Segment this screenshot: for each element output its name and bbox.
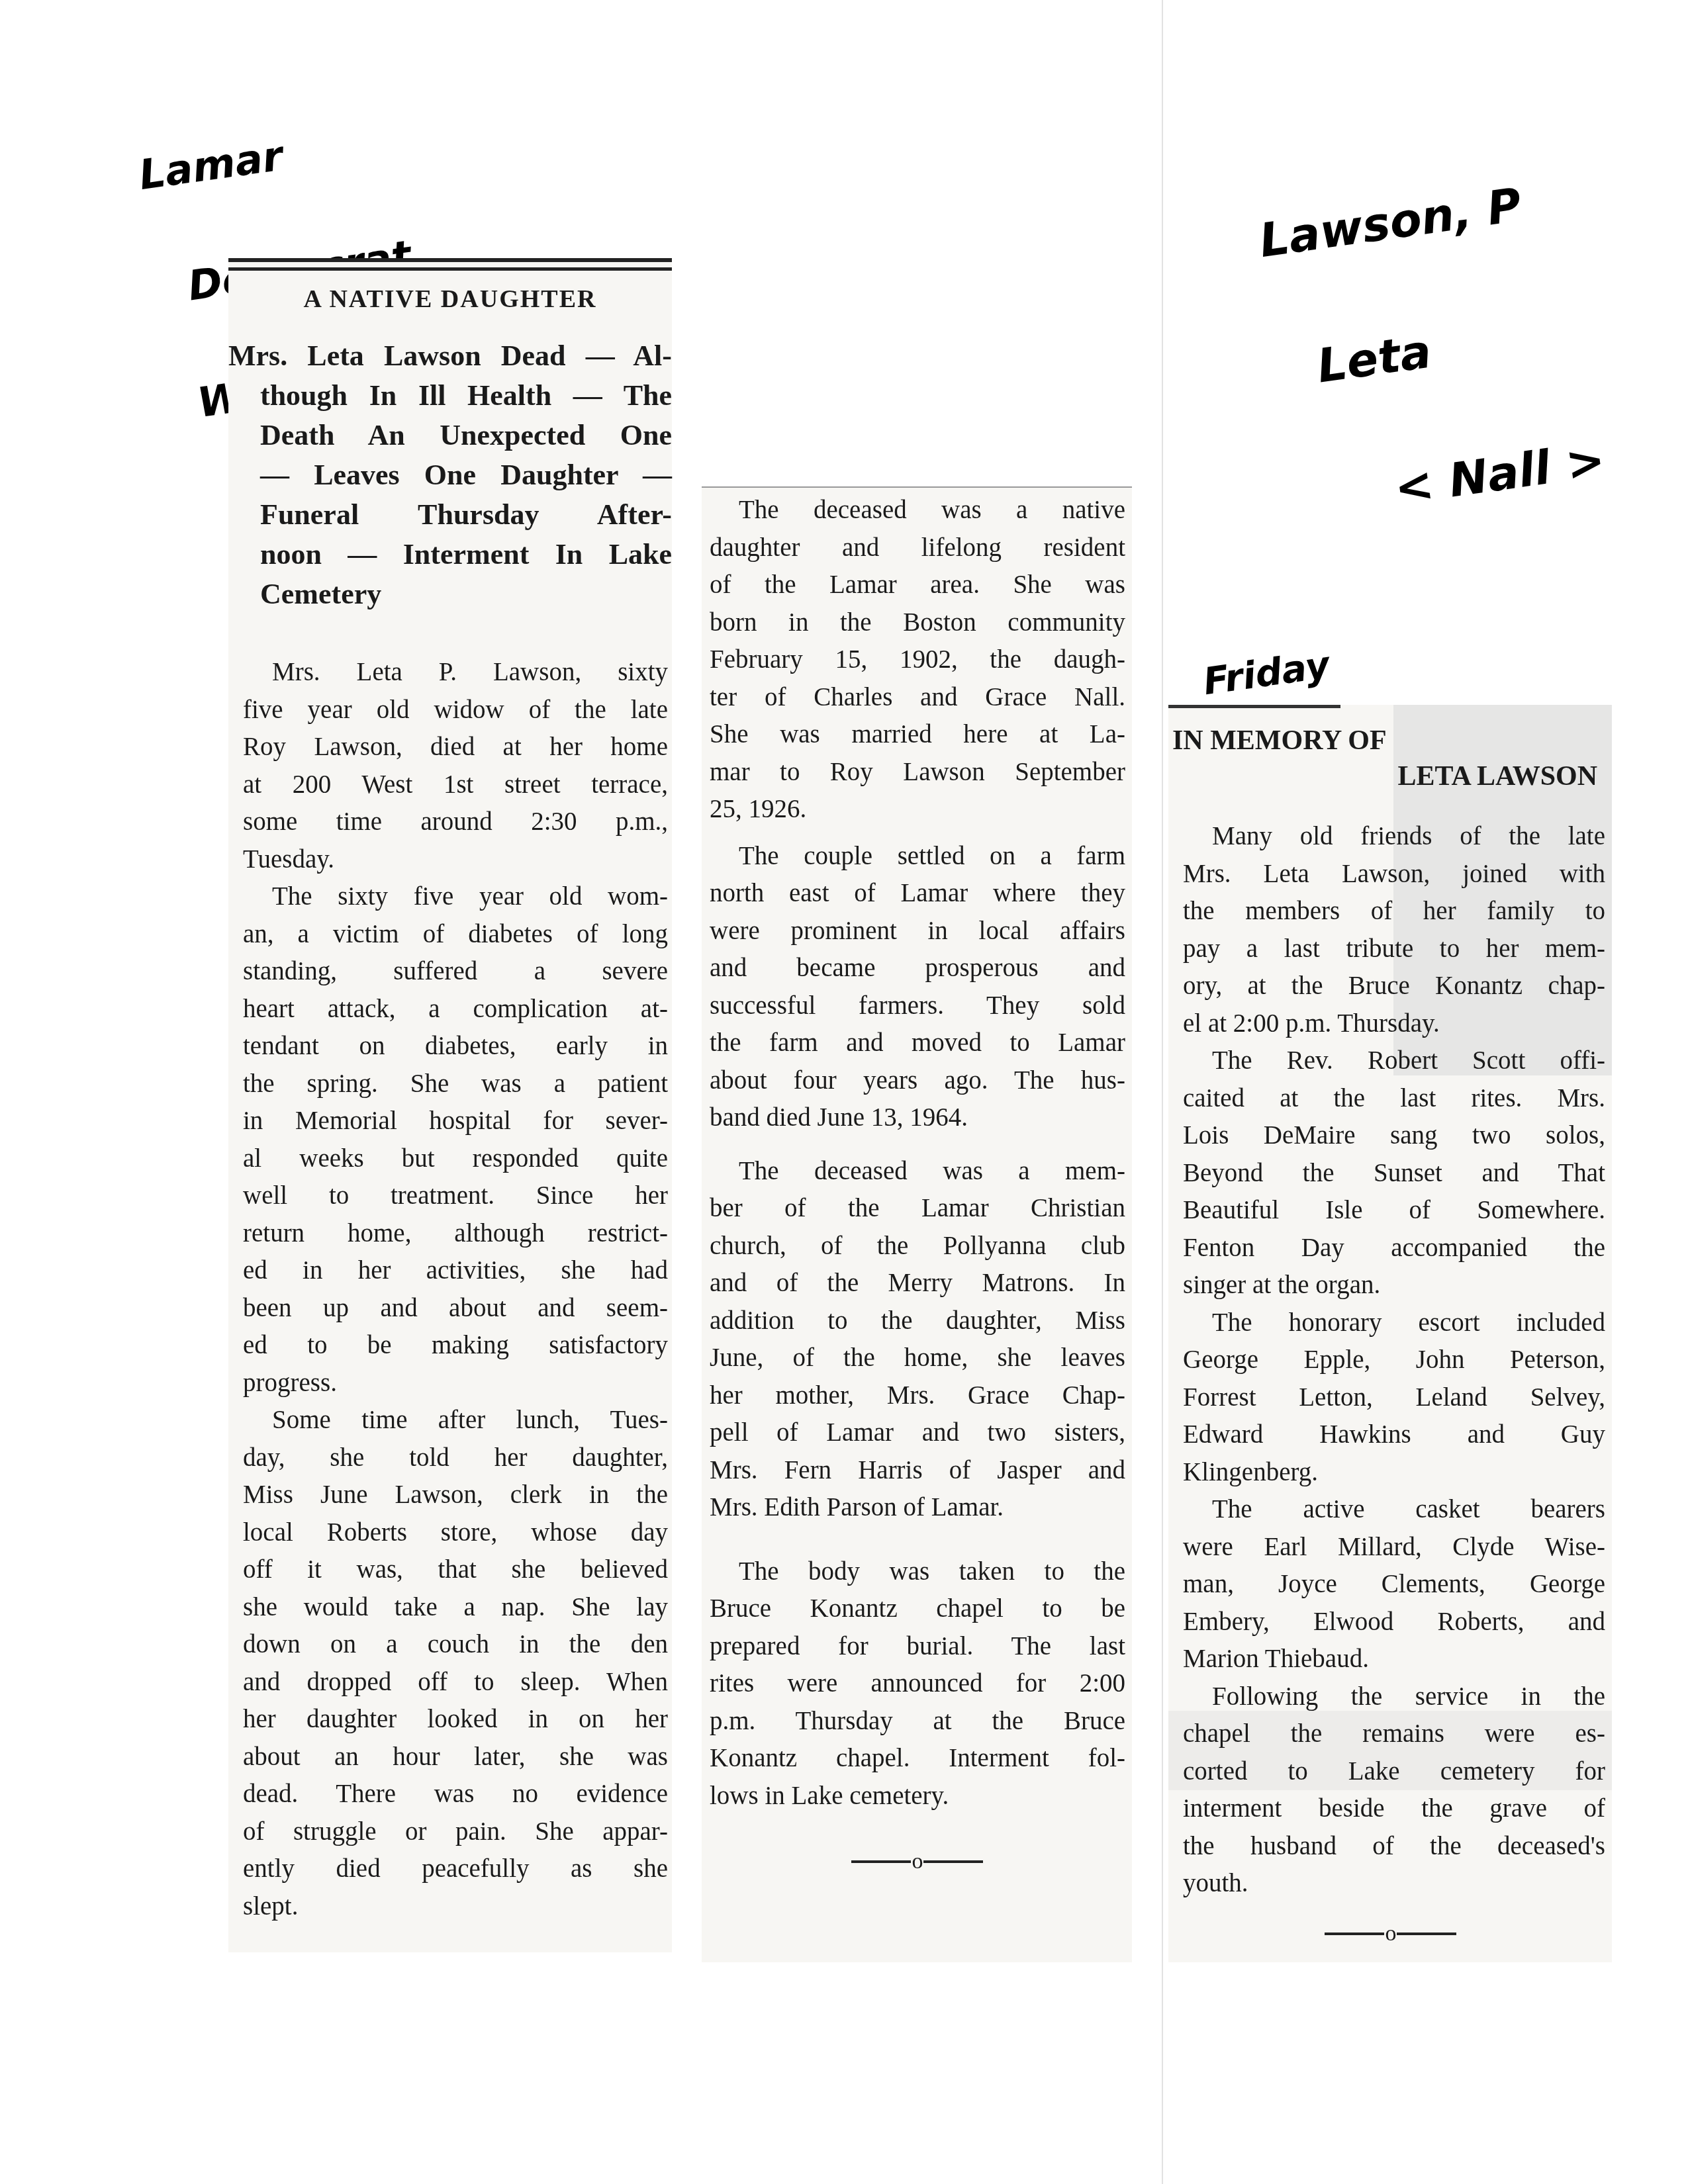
text-line: She was married here at La- (710, 716, 1125, 754)
text-line: June, of the home, she leaves (710, 1340, 1125, 1377)
hand-line: Lawson, P (1257, 176, 1571, 263)
text-line: p.m. Thursday at the Bruce (710, 1703, 1125, 1741)
clipping-in-memory: IN MEMORY OF LETA LAWSON Many old friend… (1168, 705, 1612, 1962)
text-line: youth. (1183, 1865, 1605, 1903)
memorial-headline: IN MEMORY OF LETA LAWSON (1168, 708, 1612, 794)
hand-line: < Nall > (1392, 437, 1608, 510)
text-line: progress. (243, 1365, 668, 1402)
text-line: Klingenberg. (1183, 1454, 1605, 1492)
text-line: interment beside the grave of (1183, 1790, 1605, 1828)
text-line: Forrest Letton, Leland Selvey, (1183, 1379, 1605, 1417)
text-line: singer at the organ. (1183, 1267, 1605, 1304)
text-line: The honorary escort included (1183, 1304, 1605, 1342)
text-line: her mother, Mrs. Grace Chap- (710, 1377, 1125, 1415)
paragraph: The honorary escort included George Eppl… (1183, 1304, 1605, 1492)
text-line: Mrs. Fern Harris of Jasper and (710, 1452, 1125, 1490)
text-line: standing, suffered a severe (243, 953, 668, 991)
text-line: the farm and moved to Lamar (710, 1024, 1125, 1062)
text-line: about four years ago. The hus- (710, 1062, 1125, 1100)
clipping-continuation: The deceased was a native daughter and l… (702, 486, 1132, 1962)
text-line: mar to Roy Lawson September (710, 754, 1125, 792)
text-line: Fenton Day accompanied the (1183, 1230, 1605, 1267)
text-line: she would take a nap. She lay (243, 1589, 668, 1627)
deck-line: Funeral Thursday After- (260, 495, 672, 535)
text-line: slept. (243, 1888, 668, 1926)
text-line: an, a victim of diabetes of long (243, 916, 668, 954)
text-line: Konantz chapel. Interment fol- (710, 1740, 1125, 1778)
text-line: George Epple, John Peterson, (1183, 1342, 1605, 1379)
text-line: heart attack, a complication at- (243, 991, 668, 1028)
paragraph: The deceased was a native daughter and l… (710, 492, 1125, 829)
text-line: and of the Merry Matrons. In (710, 1265, 1125, 1302)
text-line: church, of the Pollyanna club (710, 1228, 1125, 1265)
text-line: about an hour later, she was (243, 1739, 668, 1776)
text-line: al weeks but responded quite (243, 1140, 668, 1178)
clipping-native-daughter: A NATIVE DAUGHTER Mrs. Leta Lawson Dead … (228, 258, 672, 1952)
paragraph: Following the service in the chapel the … (1183, 1678, 1605, 1903)
text-line: pell of Lamar and two sisters, (710, 1414, 1125, 1452)
hand-line: Leta (1315, 307, 1589, 388)
text-line: well to treatment. Since her (243, 1177, 668, 1215)
text-line: ory, at the Bruce Konantz chap- (1183, 968, 1605, 1005)
paragraph: Some time after lunch, Tues- day, she to… (243, 1402, 668, 1925)
text-line: ed in her activities, she had (243, 1252, 668, 1290)
text-line: Mrs. Leta Lawson, joined with (1183, 856, 1605, 893)
text-line: Many old friends of the late (1183, 818, 1605, 856)
text-line: Beyond the Sunset and That (1183, 1155, 1605, 1193)
hand-line: Lamar (136, 102, 533, 195)
text-line: Marion Thiebaud. (1183, 1641, 1605, 1678)
deck-line: Death An Unexpected One (260, 416, 672, 455)
text-line: local Roberts store, whose day (243, 1514, 668, 1552)
article-body: The deceased was a native daughter and l… (702, 488, 1132, 1815)
text-line: tendant on diabetes, early in (243, 1028, 668, 1066)
paragraph: Mrs. Leta P. Lawson, sixty five year old… (243, 654, 668, 878)
end-mark: o (702, 1848, 1132, 1874)
text-line: at 200 West 1st street terrace, (243, 766, 668, 804)
paragraph: The body was taken to the Bruce Konantz … (710, 1553, 1125, 1815)
text-line: Some time after lunch, Tues- (243, 1402, 668, 1439)
text-line: of the Lamar area. She was (710, 567, 1125, 604)
headline-line: LETA LAWSON (1172, 758, 1612, 794)
text-line: ed to be making satisfactory (243, 1327, 668, 1365)
text-line: lows in Lake cemetery. (710, 1778, 1125, 1815)
text-line: Following the service in the (1183, 1678, 1605, 1716)
text-line: band died June 13, 1964. (710, 1099, 1125, 1137)
text-line: Tuesday. (243, 841, 668, 879)
text-line: the members of her family to (1183, 893, 1605, 931)
text-line: The deceased was a mem- (710, 1153, 1125, 1191)
text-line: corted to Lake cemetery for (1183, 1753, 1605, 1791)
text-line: dead. There was no evidence (243, 1776, 668, 1813)
text-line: Mrs. Edith Parson of Lamar. (710, 1489, 1125, 1527)
text-line: The active casket bearers (1183, 1491, 1605, 1529)
text-line: north east of Lamar where they (710, 875, 1125, 913)
text-line: el at 2:00 p.m. Thursday. (1183, 1005, 1605, 1043)
deck-line: Cemetery (260, 574, 672, 614)
deck-line: — Leaves One Daughter — (260, 455, 672, 495)
text-line: Roy Lawson, died at her home (243, 729, 668, 766)
paragraph: Many old friends of the late Mrs. Leta L… (1183, 818, 1605, 1042)
text-line: addition to the daughter, Miss (710, 1302, 1125, 1340)
text-line: and became prosperous and (710, 950, 1125, 987)
double-rule (228, 258, 672, 267)
text-line: in Memorial hospital for sever- (243, 1103, 668, 1140)
text-line: pay a last tribute to her mem- (1183, 931, 1605, 968)
text-line: rites were announced for 2:00 (710, 1665, 1125, 1703)
text-line: born in the Boston community (710, 604, 1125, 642)
text-line: return home, although restrict- (243, 1215, 668, 1253)
paragraph: The sixty five year old wom- an, a victi… (243, 878, 668, 1402)
article-body: Mrs. Leta P. Lawson, sixty five year old… (228, 654, 672, 1925)
article-body: Many old friends of the late Mrs. Leta L… (1168, 818, 1612, 1903)
text-line: ently died peacefully as she (243, 1850, 668, 1888)
text-line: prepared for burial. The last (710, 1628, 1125, 1666)
paragraph: The deceased was a mem- ber of the Lamar… (710, 1153, 1125, 1527)
text-line: The sixty five year old wom- (243, 878, 668, 916)
kicker-headline: A NATIVE DAUGHTER (228, 285, 672, 314)
text-line: Embery, Elwood Roberts, and (1183, 1604, 1605, 1641)
text-line: caited at the last rites. Mrs. (1183, 1080, 1605, 1118)
text-line: chapel the remains were es- (1183, 1715, 1605, 1753)
text-line: The body was taken to the (710, 1553, 1125, 1591)
text-line: The couple settled on a farm (710, 838, 1125, 876)
paragraph: The couple settled on a farm north east … (710, 838, 1125, 1137)
text-line: been up and about and seem- (243, 1290, 668, 1328)
text-line: down on a couch in the den (243, 1626, 668, 1664)
text-line: some time around 2:30 p.m., (243, 803, 668, 841)
end-mark: o (1168, 1920, 1612, 1946)
deck-headline: Mrs. Leta Lawson Dead — Al- though In Il… (228, 336, 672, 614)
text-line: The deceased was a native (710, 492, 1125, 529)
text-line: and dropped off to sleep. When (243, 1664, 668, 1702)
text-line: day, she told her daughter, (243, 1439, 668, 1477)
text-line: Bruce Konantz chapel to be (710, 1590, 1125, 1628)
text-line: February 15, 1902, the daugh- (710, 641, 1125, 679)
page-fold-line (1162, 0, 1163, 2184)
deck-line: noon — Interment In Lake (260, 535, 672, 574)
text-line: The Rev. Robert Scott offi- (1183, 1042, 1605, 1080)
text-line: her daughter looked in on her (243, 1701, 668, 1739)
paragraph: The active casket bearers were Earl Mill… (1183, 1491, 1605, 1678)
text-line: man, Joyce Clements, George (1183, 1566, 1605, 1604)
text-line: Lois DeMaire sang two solos, (1183, 1117, 1605, 1155)
hand-line: Friday (1201, 628, 1470, 700)
text-line: ter of Charles and Grace Nall. (710, 679, 1125, 717)
text-line: successful farmers. They sold (710, 987, 1125, 1025)
text-line: off it was, that she believed (243, 1551, 668, 1589)
headline-line: IN MEMORY OF (1172, 723, 1612, 758)
paragraph: The Rev. Robert Scott offi- caited at th… (1183, 1042, 1605, 1304)
text-line: Beautiful Isle of Somewhere. (1183, 1192, 1605, 1230)
text-line: were prominent in local affairs (710, 913, 1125, 950)
handwritten-name-note: Lawson, P Leta < Nall > (1244, 89, 1614, 569)
text-line: ber of the Lamar Christian (710, 1190, 1125, 1228)
text-line: the spring. She was a patient (243, 1066, 668, 1103)
deck-line: though In Ill Health — The (260, 376, 672, 416)
text-line: Edward Hawkins and Guy (1183, 1416, 1605, 1454)
text-line: the husband of the deceased's (1183, 1828, 1605, 1866)
text-line: of struggle or pain. She appar- (243, 1813, 668, 1851)
text-line: Mrs. Leta P. Lawson, sixty (243, 654, 668, 692)
deck-line: Mrs. Leta Lawson Dead — Al- (228, 336, 672, 376)
text-line: 25, 1926. (710, 791, 1125, 829)
text-line: were Earl Millard, Clyde Wise- (1183, 1529, 1605, 1567)
text-line: five year old widow of the late (243, 692, 668, 729)
text-line: Miss June Lawson, clerk in the (243, 1477, 668, 1514)
text-line: daughter and lifelong resident (710, 529, 1125, 567)
